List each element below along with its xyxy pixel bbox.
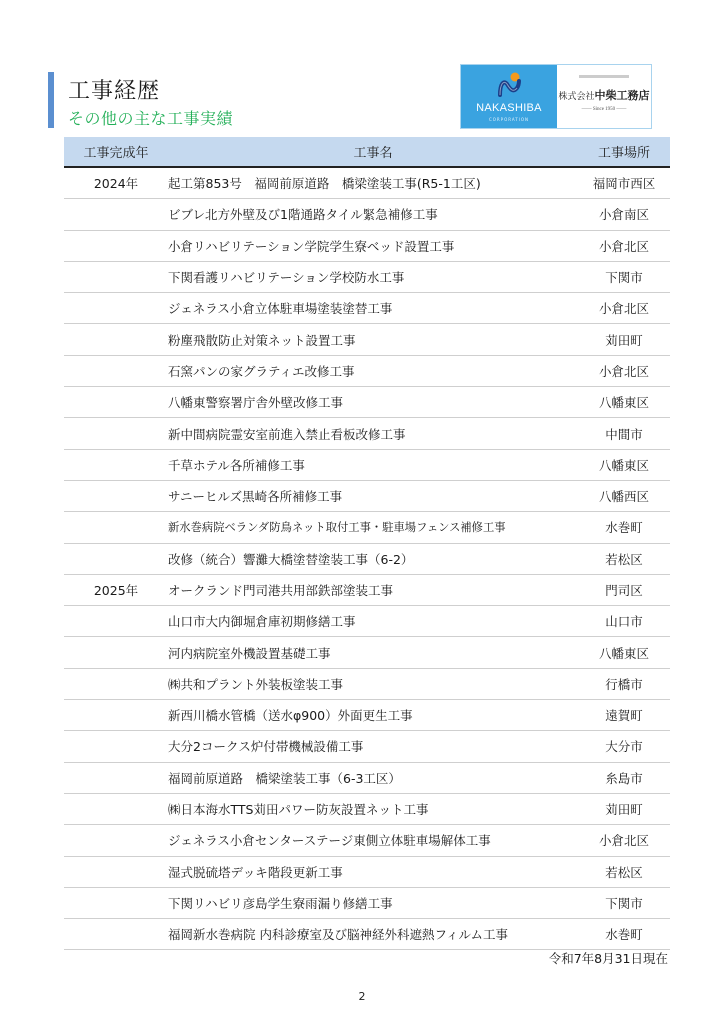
name-cell: オークランド門司港共用部鉄部塗装工事 <box>168 574 578 605</box>
table-row: サニーヒルズ黒崎各所補修工事八幡西区 <box>64 480 670 511</box>
year-cell: 2024年 <box>64 167 168 199</box>
year-cell <box>64 856 168 887</box>
name-cell: サニーヒルズ黒崎各所補修工事 <box>168 480 578 511</box>
company-logo: NAKASHIBA CORPORATION 株式会社中柴工務店 —— Since… <box>460 64 652 129</box>
place-cell: 福岡市西区 <box>578 167 670 199</box>
place-cell: 遠賀町 <box>578 700 670 731</box>
year-cell <box>64 324 168 355</box>
table-row: 福岡新水巻病院 内科診療室及び脳神経外科遮熱フィルム工事水巻町 <box>64 919 670 950</box>
table-row: 河内病院室外機設置基礎工事八幡東区 <box>64 637 670 668</box>
place-cell: 若松区 <box>578 543 670 574</box>
column-header-name: 工事名 <box>168 137 578 167</box>
table-row: 改修（統合）響灘大橋塗替塗装工事（6-2）若松区 <box>64 543 670 574</box>
year-cell <box>64 887 168 918</box>
table-row: 大分2コークス炉付帯機械設備工事大分市 <box>64 731 670 762</box>
table-row: 新西川橋水管橋（送水φ900）外面更生工事遠賀町 <box>64 700 670 731</box>
name-cell: 石窯パンの家グラティエ改修工事 <box>168 355 578 386</box>
logo-company-prefix: 株式会社 <box>558 92 594 102</box>
year-cell <box>64 387 168 418</box>
logo-company-panel: 株式会社中柴工務店 —— Since 1950 —— <box>557 65 651 128</box>
year-cell <box>64 825 168 856</box>
name-cell: 小倉リハビリテーション学院学生寮ベッド設置工事 <box>168 230 578 261</box>
logo-brand-sub: CORPORATION <box>461 117 557 122</box>
construction-history-table: 工事完成年 工事名 工事場所 2024年起工第853号 福岡前原道路 橋梁塗装工… <box>64 137 670 950</box>
name-cell: 新西川橋水管橋（送水φ900）外面更生工事 <box>168 700 578 731</box>
table-row: ジェネラス小倉センターステージ東側立体駐車場解体工事小倉北区 <box>64 825 670 856</box>
page-subtitle: その他の主な工事実績 <box>68 106 233 129</box>
place-cell: 苅田町 <box>578 324 670 355</box>
place-cell: 小倉北区 <box>578 230 670 261</box>
table-row: 下関看護リハビリテーション学校防水工事下関市 <box>64 261 670 292</box>
year-cell <box>64 512 168 543</box>
logo-brand-name: NAKASHIBA <box>461 102 557 114</box>
name-cell: 改修（統合）響灘大橋塗替塗装工事（6-2） <box>168 543 578 574</box>
place-cell: 下関市 <box>578 261 670 292</box>
place-cell: 中間市 <box>578 418 670 449</box>
name-cell: 八幡東警察署庁舎外壁改修工事 <box>168 387 578 418</box>
name-cell: 新中間病院霊安室前進入禁止看板改修工事 <box>168 418 578 449</box>
table-row: 2024年起工第853号 福岡前原道路 橋梁塗装工事(R5-1工区)福岡市西区 <box>64 167 670 199</box>
place-cell: 八幡東区 <box>578 637 670 668</box>
year-cell <box>64 668 168 699</box>
table-row: 湿式脱硫塔デッキ階段更新工事若松区 <box>64 856 670 887</box>
name-cell: 粉塵飛散防止対策ネット設置工事 <box>168 324 578 355</box>
name-cell: 下関看護リハビリテーション学校防水工事 <box>168 261 578 292</box>
as-of-date: 令和7年8月31日現在 <box>549 949 668 967</box>
place-cell: 大分市 <box>578 731 670 762</box>
table-row: 粉塵飛散防止対策ネット設置工事苅田町 <box>64 324 670 355</box>
place-cell: 若松区 <box>578 856 670 887</box>
table-row: 新中間病院霊安室前進入禁止看板改修工事中間市 <box>64 418 670 449</box>
table-row: ㈱日本海水TTS苅田パワー防灰設置ネット工事苅田町 <box>64 793 670 824</box>
table-row: ㈱共和プラント外装板塗装工事行橋市 <box>64 668 670 699</box>
year-cell <box>64 919 168 950</box>
year-cell <box>64 543 168 574</box>
year-cell <box>64 261 168 292</box>
year-cell <box>64 700 168 731</box>
table-row: 千草ホテル各所補修工事八幡東区 <box>64 449 670 480</box>
page-title: 工事経歴 <box>68 74 160 105</box>
place-cell: 門司区 <box>578 574 670 605</box>
year-cell <box>64 606 168 637</box>
table-row: 新水巻病院ベランダ防鳥ネット取付工事・駐車場フェンス補修工事水巻町 <box>64 512 670 543</box>
table-row: 下関リハビリ彦島学生寮雨漏り修繕工事下関市 <box>64 887 670 918</box>
table-row: 山口市大内御堀倉庫初期修繕工事山口市 <box>64 606 670 637</box>
nakashiba-logo-icon <box>495 71 525 101</box>
title-accent-bar <box>48 72 54 128</box>
table-row: ジェネラス小倉立体駐車場塗装塗替工事小倉北区 <box>64 293 670 324</box>
name-cell: 河内病院室外機設置基礎工事 <box>168 637 578 668</box>
year-cell <box>64 418 168 449</box>
table-row: 2025年オークランド門司港共用部鉄部塗装工事門司区 <box>64 574 670 605</box>
place-cell: 小倉北区 <box>578 355 670 386</box>
name-cell: 下関リハビリ彦島学生寮雨漏り修繕工事 <box>168 887 578 918</box>
name-cell: ㈱共和プラント外装板塗装工事 <box>168 668 578 699</box>
year-cell <box>64 480 168 511</box>
place-cell: 水巻町 <box>578 512 670 543</box>
name-cell: 湿式脱硫塔デッキ階段更新工事 <box>168 856 578 887</box>
logo-company-name: 株式会社中柴工務店 <box>557 87 651 103</box>
year-cell <box>64 731 168 762</box>
place-cell: 山口市 <box>578 606 670 637</box>
page-number: 2 <box>0 990 724 1003</box>
table-row: 福岡前原道路 橋梁塗装工事（6-3工区）糸島市 <box>64 762 670 793</box>
logo-company-main: 中柴工務店 <box>595 89 650 102</box>
year-cell <box>64 355 168 386</box>
name-cell: 大分2コークス炉付帯機械設備工事 <box>168 731 578 762</box>
year-cell <box>64 230 168 261</box>
table-row: 小倉リハビリテーション学院学生寮ベッド設置工事小倉北区 <box>64 230 670 261</box>
year-cell <box>64 762 168 793</box>
name-cell: ジェネラス小倉センターステージ東側立体駐車場解体工事 <box>168 825 578 856</box>
place-cell: 糸島市 <box>578 762 670 793</box>
name-cell: 福岡前原道路 橋梁塗装工事（6-3工区） <box>168 762 578 793</box>
year-cell <box>64 449 168 480</box>
name-cell: ジェネラス小倉立体駐車場塗装塗替工事 <box>168 293 578 324</box>
place-cell: 苅田町 <box>578 793 670 824</box>
year-cell <box>64 793 168 824</box>
column-header-year: 工事完成年 <box>64 137 168 167</box>
logo-since: —— Since 1950 —— <box>557 107 651 112</box>
table-row: ビブレ北方外壁及び1階通路タイル緊急補修工事小倉南区 <box>64 199 670 230</box>
name-cell: ビブレ北方外壁及び1階通路タイル緊急補修工事 <box>168 199 578 230</box>
table-row: 石窯パンの家グラティエ改修工事小倉北区 <box>64 355 670 386</box>
place-cell: 行橋市 <box>578 668 670 699</box>
name-cell: 千草ホテル各所補修工事 <box>168 449 578 480</box>
year-cell: 2025年 <box>64 574 168 605</box>
table-header-row: 工事完成年 工事名 工事場所 <box>64 137 670 167</box>
name-cell: 福岡新水巻病院 内科診療室及び脳神経外科遮熱フィルム工事 <box>168 919 578 950</box>
year-cell <box>64 293 168 324</box>
place-cell: 小倉北区 <box>578 825 670 856</box>
year-cell <box>64 637 168 668</box>
logo-tagline <box>557 74 651 79</box>
name-cell: 起工第853号 福岡前原道路 橋梁塗装工事(R5-1工区) <box>168 167 578 199</box>
place-cell: 下関市 <box>578 887 670 918</box>
column-header-place: 工事場所 <box>578 137 670 167</box>
place-cell: 小倉北区 <box>578 293 670 324</box>
name-cell: ㈱日本海水TTS苅田パワー防灰設置ネット工事 <box>168 793 578 824</box>
place-cell: 小倉南区 <box>578 199 670 230</box>
name-cell: 新水巻病院ベランダ防鳥ネット取付工事・駐車場フェンス補修工事 <box>168 512 578 543</box>
year-cell <box>64 199 168 230</box>
place-cell: 水巻町 <box>578 919 670 950</box>
place-cell: 八幡西区 <box>578 480 670 511</box>
logo-brand-panel: NAKASHIBA CORPORATION <box>461 65 557 128</box>
place-cell: 八幡東区 <box>578 449 670 480</box>
name-cell: 山口市大内御堀倉庫初期修繕工事 <box>168 606 578 637</box>
table-row: 八幡東警察署庁舎外壁改修工事八幡東区 <box>64 387 670 418</box>
place-cell: 八幡東区 <box>578 387 670 418</box>
